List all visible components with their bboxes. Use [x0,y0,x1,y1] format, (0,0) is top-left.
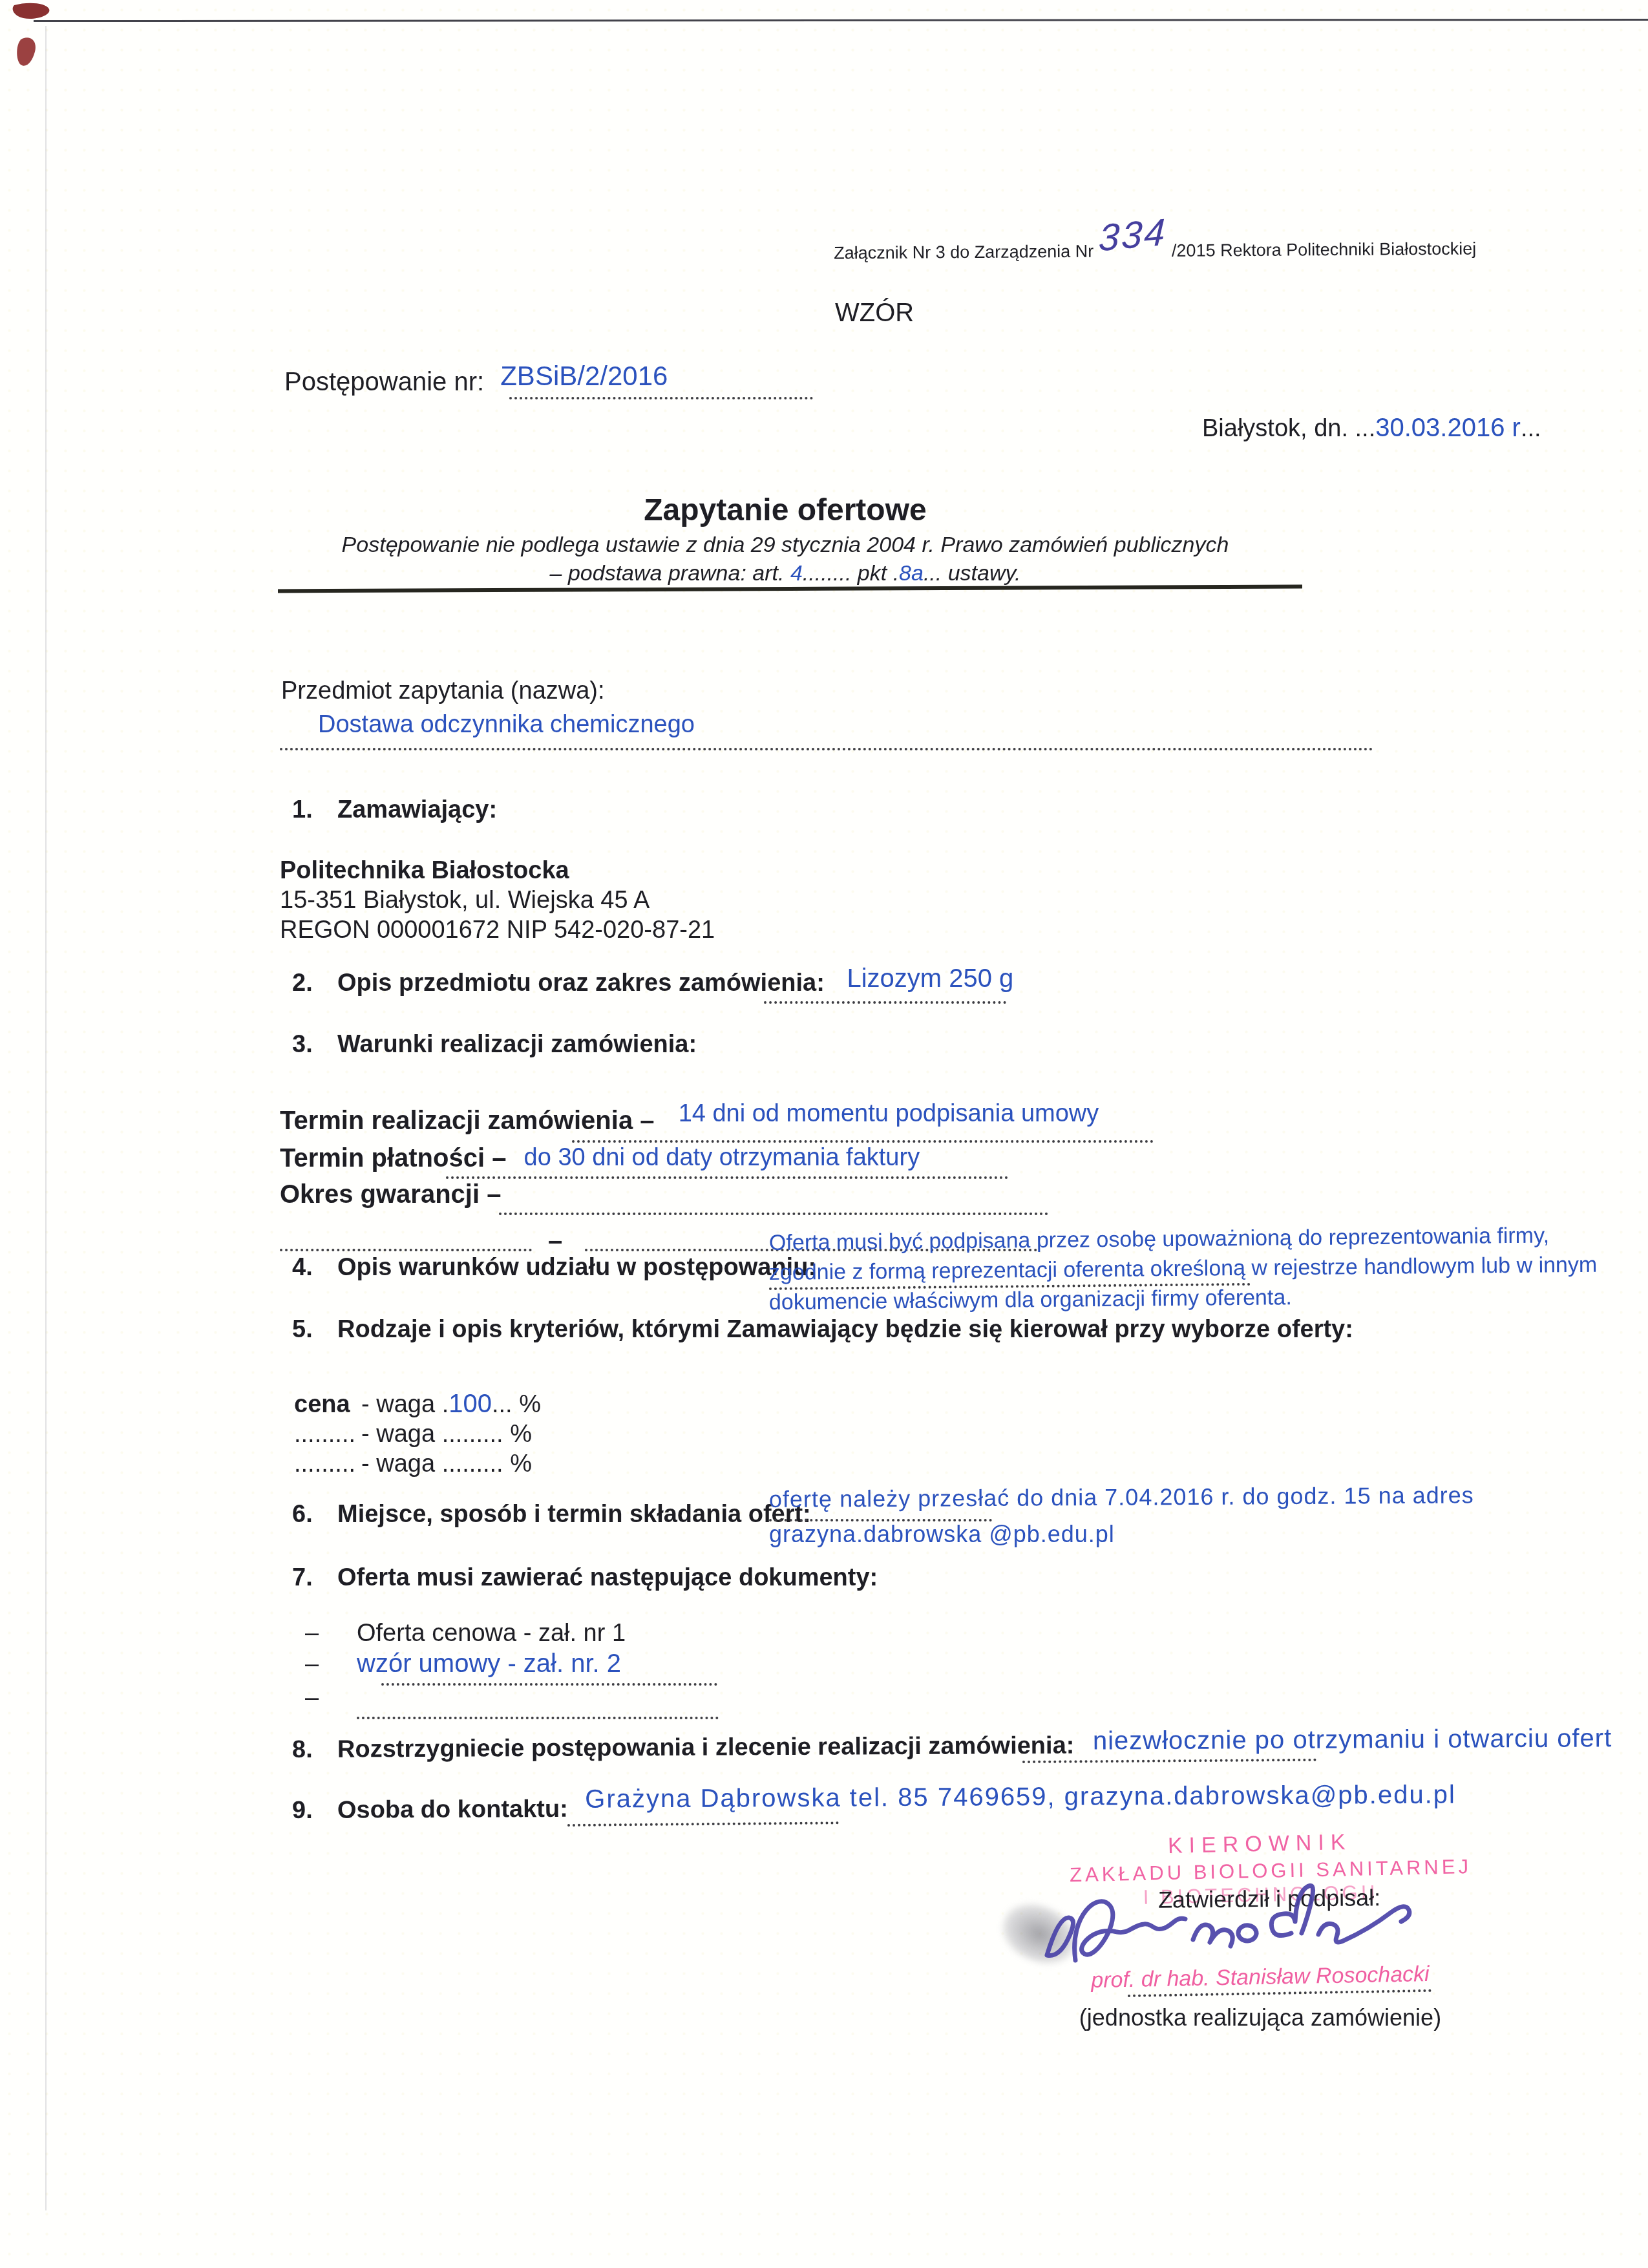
section-4-number: 4. [292,1254,337,1282]
dotted-line [509,397,813,399]
criteria-sep: - waga [361,1391,442,1418]
section-2-number: 2. [292,970,337,997]
city-date-trail: ... [1521,415,1541,442]
attachment-note: Załącznik Nr 3 do Zarządzenia Nr 334 /20… [834,222,1477,268]
section-4-value-line2: zgodnie z formą reprezentacji oferenta o… [769,1253,1598,1285]
section-8-heading: 8.Rozstrzygniecie postępowania i zleceni… [292,1728,1612,1763]
section-1-title: Zamawiający: [337,796,497,823]
term-row-warranty: Okres gwarancji – [280,1180,501,1209]
dotted-line [446,1176,1008,1179]
dotted-line [357,1717,719,1719]
bullet-dash: – [305,1651,357,1679]
section-6-value-line1: ofertę należy przesłać do dnia 7.04.2016… [769,1482,1474,1512]
attachment-note-suffix: /2015 Rektora Politechniki Białostockiej [1172,239,1476,260]
section-4-heading: 4.Opis warunków udziału w postępowaniu: [292,1254,816,1282]
criteria-weight-value: 100 [449,1390,492,1418]
proceeding-number-row: Postępowanie nr: ZBSiB/2/2016 [284,366,668,397]
term-realization-value: 14 dni od momentu podpisania umowy [679,1100,1099,1127]
section-7-heading: 7.Oferta musi zawierać następujące dokum… [292,1564,878,1592]
document-title: Zapytanie ofertowe [271,493,1299,528]
buyer-name: Politechnika Białostocka [280,857,569,885]
section-9-title: Osoba do kontaktu: [337,1796,568,1824]
term-payment-label: Termin płatności – [280,1144,506,1172]
section-7-number: 7. [292,1564,337,1592]
criteria-sep: - waga [361,1421,442,1448]
section-6-heading: 6.Miejsce, sposób i termin składania ofe… [292,1501,811,1529]
section-7-title: Oferta musi zawierać następujące dokumen… [337,1564,878,1591]
criteria-post: ......... % [442,1421,532,1448]
dotted-line [280,1249,532,1251]
section-8-number: 8. [292,1736,337,1764]
dotted-line [381,1683,717,1686]
term-realization-label: Termin realizacji zamówienia – [280,1107,655,1135]
section-2-heading: 2.Opis przedmiotu oraz zakres zamówienia… [292,968,1013,997]
section-4-title: Opis warunków udziału w postępowaniu: [337,1254,816,1281]
stamp-line-kierownik: KIEROWNIK [1069,1828,1451,1860]
legal-basis-mid: ........ pkt . [803,561,899,586]
document-bullet-2: –wzór umowy - zał. nr. 2 [305,1649,621,1679]
document-bullet-3: – [305,1684,319,1712]
criteria-row: cena- waga .100... % [294,1390,541,1419]
section-4-value-line1: Oferta musi być podpisana przez osobę up… [769,1223,1549,1255]
criteria-pre-dots: . [442,1391,449,1418]
section-6-title: Miejsce, sposób i termin składania ofert… [337,1501,811,1528]
section-3-heading: 3.Warunki realizacji zamówienia: [292,1031,697,1059]
criteria-name: ......... [294,1450,361,1478]
legal-basis-suffix: ... ustawy. [924,561,1021,586]
term-row-realization: Termin realizacji zamówienia – 14 dni od… [280,1107,1099,1136]
scan-left-edge [45,26,47,2210]
section-9-value: Grażyna Dąbrowska tel. 85 7469659, grazy… [585,1781,1456,1814]
term-payment-value: do 30 dni od daty otrzymania faktury [524,1144,920,1171]
term-row-extra-dash: – [548,1227,562,1256]
term-row-payment: Termin płatności – do 30 dni od daty otr… [280,1144,920,1173]
subject-label: Przedmiot zapytania (nazwa): [281,677,605,705]
section-5-heading: 5.Rodzaje i opis kryteriów, którymi Zama… [292,1316,1353,1344]
section-8-value: niezwłocznie po otrzymaniu i otwarciu of… [1093,1724,1612,1755]
city-date-row: Białystok, dn. ...30.03.2016 r... [1202,414,1541,443]
section-9-heading: 9.Osoba do kontaktu: Grażyna Dąbrowska t… [292,1790,1456,1825]
section-3-number: 3. [292,1031,337,1059]
criteria-row: .........- waga ......... % [294,1421,532,1448]
legal-basis-line1: Postępowanie nie podlega ustawie z dnia … [271,533,1299,557]
handwritten-order-number: 334 [1097,211,1167,260]
wzor-label: WZÓR [835,299,914,328]
section-9-number: 9. [292,1797,337,1825]
title-rule [278,585,1302,593]
dotted-line [499,1213,1048,1215]
section-5-title: Rodzaje i opis kryteriów, którymi Zamawi… [337,1316,1353,1343]
criteria-post: ... % [492,1391,541,1418]
dotted-line [764,1001,1006,1004]
section-6-number: 6. [292,1501,337,1529]
legal-basis-pkt-value: 8a [899,561,924,586]
bullet-2-text: wzór umowy - zał. nr. 2 [357,1649,621,1678]
criteria-name: ......... [294,1421,361,1448]
criteria-post: ......... % [442,1450,532,1478]
bullet-dash: – [305,1620,357,1648]
section-1-heading: 1.Zamawiający: [292,796,497,824]
approval-caption: (jednostka realizująca zamówienie) [1047,2005,1474,2031]
section-2-title: Opis przedmiotu oraz zakres zamówienia: [337,970,825,997]
section-5-number: 5. [292,1316,337,1344]
buyer-regon-nip: REGON 000001672 NIP 542-020-87-21 [280,917,715,944]
legal-basis-prefix: – podstawa prawna: art. [550,561,790,586]
criteria-name: cena [294,1391,361,1419]
scanned-document-page: Załącznik Nr 3 do Zarządzenia Nr 334 /20… [0,0,1648,2268]
bullet-1-text: Oferta cenowa - zał. nr 1 [357,1620,626,1647]
legal-basis-art-value: 4 [790,561,803,586]
legal-basis-line2: – podstawa prawna: art. 4........ pkt .8… [271,561,1299,586]
scan-corner-artifact [9,1,69,78]
term-warranty-label: Okres gwarancji – [280,1180,501,1209]
scan-top-edge [34,19,1648,22]
proceeding-number-label: Postępowanie nr: [284,368,484,396]
section-6-value-line2: grazyna.dabrowska @pb.edu.pl [769,1521,1115,1547]
section-4-value-line3: dokumencie właściwym dla organizacji fir… [769,1285,1292,1315]
proceeding-number-value: ZBSiB/2/2016 [500,361,668,391]
buyer-address: 15-351 Białystok, ul. Wiejska 45 A [280,887,650,915]
city-date-label: Białystok, dn. ... [1202,415,1375,442]
dotted-line [572,1140,1154,1143]
criteria-sep: - waga [361,1450,442,1478]
section-1-number: 1. [292,796,337,824]
section-2-value: Lizozym 250 g [847,964,1013,993]
criteria-row: .........- waga ......... % [294,1450,532,1478]
document-bullet-1: –Oferta cenowa - zał. nr 1 [305,1620,626,1648]
section-3-title: Warunki realizacji zamówienia: [337,1031,697,1058]
dotted-line [280,748,1373,750]
section-8-title: Rozstrzygniecie postępowania i zlecenie … [337,1732,1075,1763]
subject-value: Dostawa odczynnika chemicznego [318,711,695,739]
city-date-value: 30.03.2016 r [1375,414,1521,442]
bullet-dash: – [305,1684,319,1712]
attachment-note-prefix: Załącznik Nr 3 do Zarządzenia Nr [834,242,1093,263]
